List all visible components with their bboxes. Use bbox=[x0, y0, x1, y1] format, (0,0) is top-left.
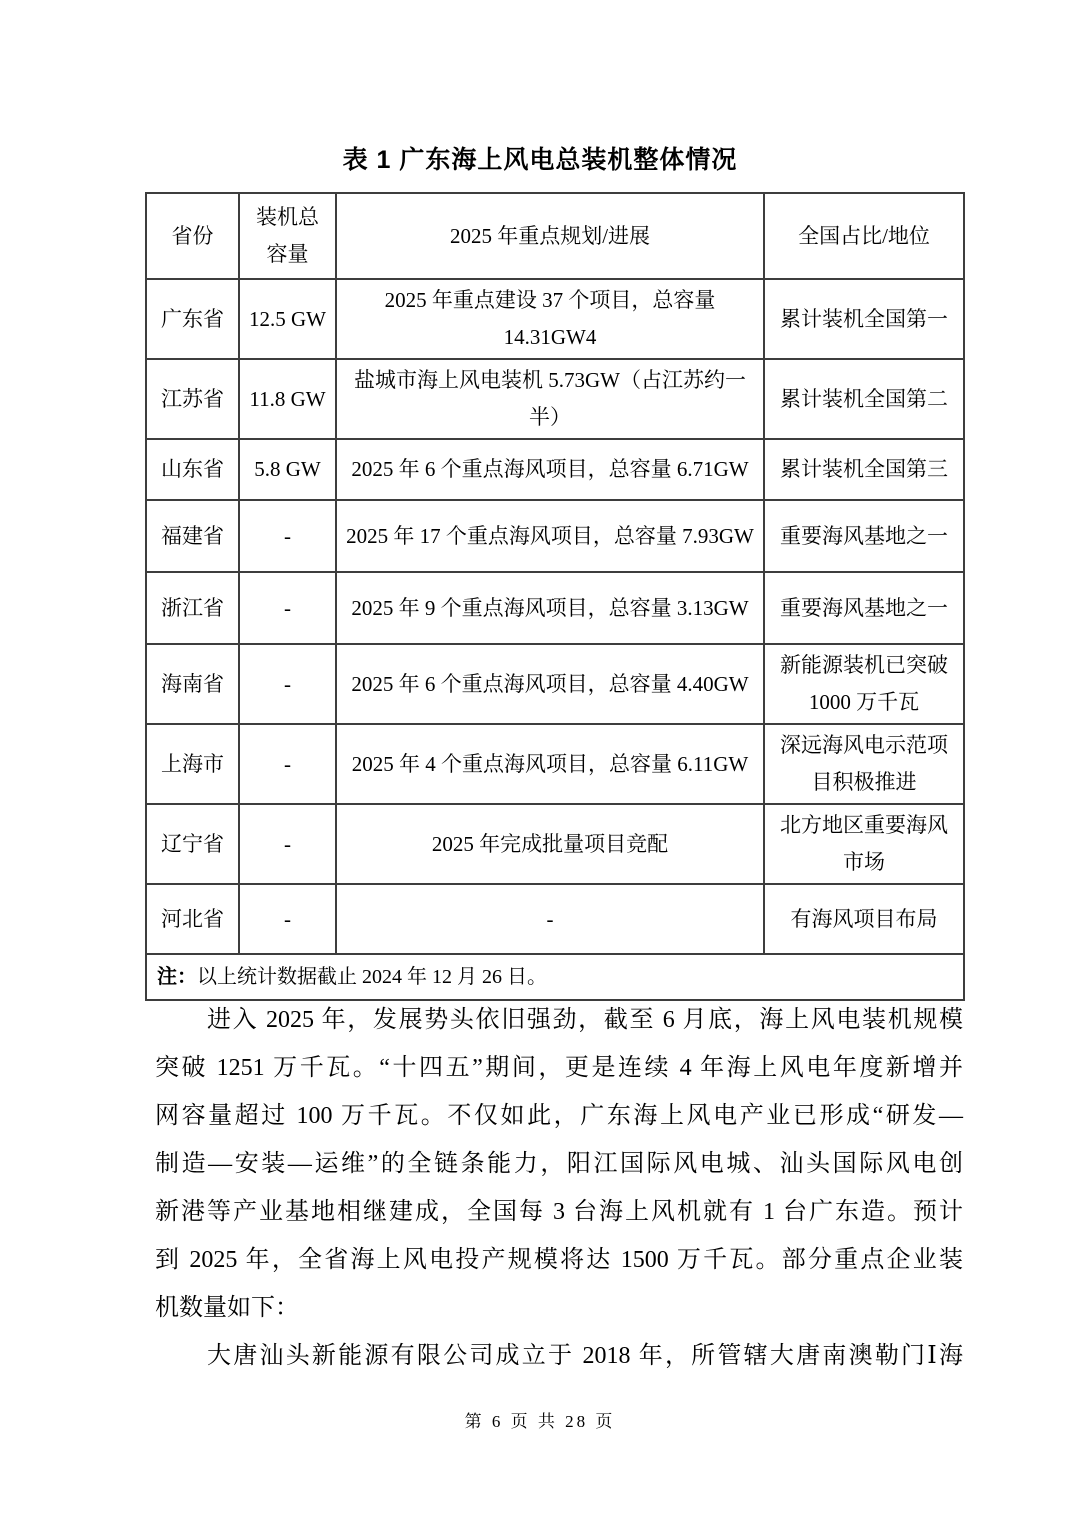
table-row: 河北省 - - 有海风项目布局 bbox=[146, 884, 964, 954]
table-row: 广东省 12.5 GW 2025 年重点建设 37 个项目，总容量 14.31G… bbox=[146, 279, 964, 359]
cell-status: 新能源装机已突破 1000 万千瓦 bbox=[764, 644, 964, 724]
cell-capacity: 5.8 GW bbox=[239, 439, 336, 500]
cell-status: 北方地区重要海风 市场 bbox=[764, 804, 964, 884]
table-row: 江苏省 11.8 GW 盐城市海上风电装机 5.73GW（占江苏约一 半） 累计… bbox=[146, 359, 964, 439]
table-row: 福建省 - 2025 年 17 个重点海风项目，总容量 7.93GW 重要海风基… bbox=[146, 500, 964, 572]
cell-province: 辽宁省 bbox=[146, 804, 239, 884]
cell-province: 山东省 bbox=[146, 439, 239, 500]
cell-status: 重要海风基地之一 bbox=[764, 572, 964, 644]
paragraph-1: 进入 2025 年，发展势头依旧强劲，截至 6 月底，海上风电装机规模 突破 1… bbox=[155, 996, 963, 1332]
cell-status: 有海风项目布局 bbox=[764, 884, 964, 954]
cell-province: 海南省 bbox=[146, 644, 239, 724]
paragraph-line: 机数量如下： bbox=[155, 1284, 963, 1332]
cell-capacity: - bbox=[239, 804, 336, 884]
paragraph-line: 制造—安装—运维”的全链条能力，阳江国际风电城、汕头国际风电创 bbox=[155, 1140, 963, 1188]
note-label: 注： bbox=[157, 966, 197, 988]
cell-province: 上海市 bbox=[146, 724, 239, 804]
cell-plan: 2025 年 9 个重点海风项目，总容量 3.13GW bbox=[336, 572, 764, 644]
cell-status: 深远海风电示范项 目积极推进 bbox=[764, 724, 964, 804]
table-row: 辽宁省 - 2025 年完成批量项目竞配 北方地区重要海风 市场 bbox=[146, 804, 964, 884]
cell-plan: 盐城市海上风电装机 5.73GW（占江苏约一 半） bbox=[336, 359, 764, 439]
cell-status: 累计装机全国第二 bbox=[764, 359, 964, 439]
col-header-capacity: 装机总 容量 bbox=[239, 193, 336, 279]
col-header-province: 省份 bbox=[146, 193, 239, 279]
note-text: 以上统计数据截止 2024 年 12 月 26 日。 bbox=[197, 966, 547, 988]
cell-capacity: 12.5 GW bbox=[239, 279, 336, 359]
paragraph-line: 进入 2025 年，发展势头依旧强劲，截至 6 月底，海上风电装机规模 bbox=[155, 996, 963, 1044]
cell-province: 河北省 bbox=[146, 884, 239, 954]
col-header-plan: 2025 年重点规划/进展 bbox=[336, 193, 764, 279]
paragraph-2: 大唐汕头新能源有限公司成立于 2018 年，所管辖大唐南澳勒门Ⅰ海 bbox=[155, 1332, 963, 1380]
table-row: 山东省 5.8 GW 2025 年 6 个重点海风项目，总容量 6.71GW 累… bbox=[146, 439, 964, 500]
page-number: 第 6 页 共 28 页 bbox=[0, 1408, 1080, 1436]
cell-capacity: - bbox=[239, 572, 336, 644]
paragraph-line: 网容量超过 100 万千瓦。不仅如此，广东海上风电产业已形成“研发— bbox=[155, 1092, 963, 1140]
cell-plan: - bbox=[336, 884, 764, 954]
cell-plan: 2025 年 6 个重点海风项目，总容量 4.40GW bbox=[336, 644, 764, 724]
table-header-row: 省份 装机总 容量 2025 年重点规划/进展 全国占比/地位 bbox=[146, 193, 964, 279]
cell-province: 浙江省 bbox=[146, 572, 239, 644]
table-note: 注：以上统计数据截止 2024 年 12 月 26 日。 bbox=[146, 954, 964, 1000]
table-row: 上海市 - 2025 年 4 个重点海风项目，总容量 6.11GW 深远海风电示… bbox=[146, 724, 964, 804]
paragraph-line: 新港等产业基地相继建成，全国每 3 台海上风机就有 1 台广东造。预计 bbox=[155, 1188, 963, 1236]
cell-capacity: - bbox=[239, 644, 336, 724]
cell-status: 重要海风基地之一 bbox=[764, 500, 964, 572]
document-page: 表 1 广东海上风电总装机整体情况 省份 装机总 容量 2025 年重点规划/进… bbox=[0, 0, 1080, 1527]
cell-plan: 2025 年重点建设 37 个项目，总容量 14.31GW4 bbox=[336, 279, 764, 359]
cell-capacity: 11.8 GW bbox=[239, 359, 336, 439]
paragraph-line: 突破 1251 万千瓦。“十四五”期间，更是连续 4 年海上风电年度新增并 bbox=[155, 1044, 963, 1092]
cell-capacity: - bbox=[239, 724, 336, 804]
paragraph-line: 大唐汕头新能源有限公司成立于 2018 年，所管辖大唐南澳勒门Ⅰ海 bbox=[155, 1332, 963, 1380]
table-row: 海南省 - 2025 年 6 个重点海风项目，总容量 4.40GW 新能源装机已… bbox=[146, 644, 964, 724]
cell-plan: 2025 年完成批量项目竞配 bbox=[336, 804, 764, 884]
cell-status: 累计装机全国第三 bbox=[764, 439, 964, 500]
cell-province: 江苏省 bbox=[146, 359, 239, 439]
col-header-status: 全国占比/地位 bbox=[764, 193, 964, 279]
capacity-table: 省份 装机总 容量 2025 年重点规划/进展 全国占比/地位 广东省 12.5… bbox=[145, 192, 965, 1001]
cell-province: 广东省 bbox=[146, 279, 239, 359]
cell-province: 福建省 bbox=[146, 500, 239, 572]
cell-plan: 2025 年 17 个重点海风项目，总容量 7.93GW bbox=[336, 500, 764, 572]
cell-status: 累计装机全国第一 bbox=[764, 279, 964, 359]
cell-capacity: - bbox=[239, 500, 336, 572]
paragraph-line: 到 2025 年，全省海上风电投产规模将达 1500 万千瓦。部分重点企业装 bbox=[155, 1236, 963, 1284]
table-note-row: 注：以上统计数据截止 2024 年 12 月 26 日。 bbox=[146, 954, 964, 1000]
table-row: 浙江省 - 2025 年 9 个重点海风项目，总容量 3.13GW 重要海风基地… bbox=[146, 572, 964, 644]
cell-plan: 2025 年 4 个重点海风项目，总容量 6.11GW bbox=[336, 724, 764, 804]
cell-plan: 2025 年 6 个重点海风项目，总容量 6.71GW bbox=[336, 439, 764, 500]
cell-capacity: - bbox=[239, 884, 336, 954]
table-title: 表 1 广东海上风电总装机整体情况 bbox=[0, 142, 1080, 178]
